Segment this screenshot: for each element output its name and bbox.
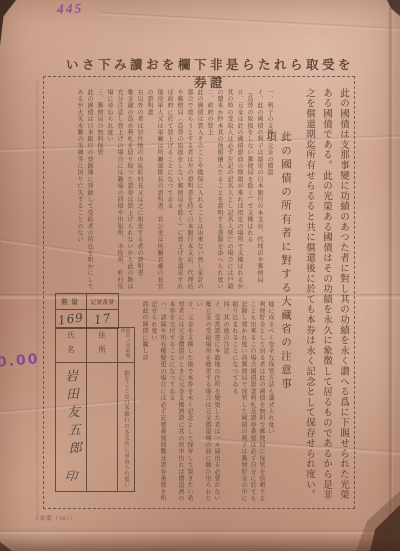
paper-crease [100,12,400,32]
note-tail-cell: 細なことは日本銀行の本支店に尋ねられ度い [118,363,134,491]
address-label-cell: 住所 [87,328,118,363]
receipt-table-identity: 氏名 住所 提出ノ受取場所 岩田友五郎 印 細なことは日本銀行の本支店に尋ねられ… [55,327,135,492]
scanned-document: 445 いさ下み讀おを欄下非是らたれら取受を券證 此の國債は支那事變に功績のあつ… [0,0,400,551]
receipt-table-serial: 數量 記號番號 169 17 [55,293,119,329]
paper-crease [388,0,393,551]
address-entry-cell [87,363,118,491]
place-label-cell: 提出ノ受取場所 [118,328,134,363]
notice-note-tail: 細なことは日本銀行の本支店に尋ねられ度い [119,366,133,488]
notice-intro-text: 此の國債は支那事變に功績のあつた者に對し其の功績を永く讃へる爲に下賜せられた光榮… [294,88,351,508]
notice-section-heading: 此の國債の所有者に對する大藏省の注意事項 [276,131,293,399]
handwritten-quantity: 169 [57,310,85,327]
purple-margin-stamp: 0.00 [0,351,40,371]
handwritten-name: 岩田友五郎 [59,369,83,460]
notice-items-upper: 一、利子の支拂と元金の償還 イ、此の國債の利子は最寄の日本銀行の本支店、代理店や… [46,89,274,295]
quantity-value-cell: 169 [56,310,87,328]
name-entry-cell: 岩田友五郎 印 [56,363,87,491]
personal-seal: 印 [64,466,78,484]
serial-value-cell: 17 [87,310,118,328]
quantity-header-cell: 數量 [56,294,87,310]
place-label: 提出ノ受取場所 [121,328,131,362]
bottom-edge-shadow [0,537,400,551]
torn-corner-top-left [0,0,16,46]
paper-crease [36,80,39,520]
notice-items-lower: 樣に成るべく安全な保管方法も講ぜられ度い 利便貯金として居る者は此の國債を無料で… [118,301,274,503]
serial-header-cell: 記號番號 [87,294,118,310]
address-label: 住所 [97,331,108,360]
handwritten-filing-number: 445 [57,1,84,18]
printer-mark: （東慶（30）） [33,514,77,522]
name-label: 氏名 [66,331,77,360]
serial-label: 記號番號 [90,298,114,306]
handwritten-serial: 17 [93,311,112,327]
quantity-label: 數量 [61,297,81,307]
name-label-cell: 氏名 [56,328,87,363]
paper-crease [0,530,400,535]
torn-corner-top-right [387,0,400,16]
